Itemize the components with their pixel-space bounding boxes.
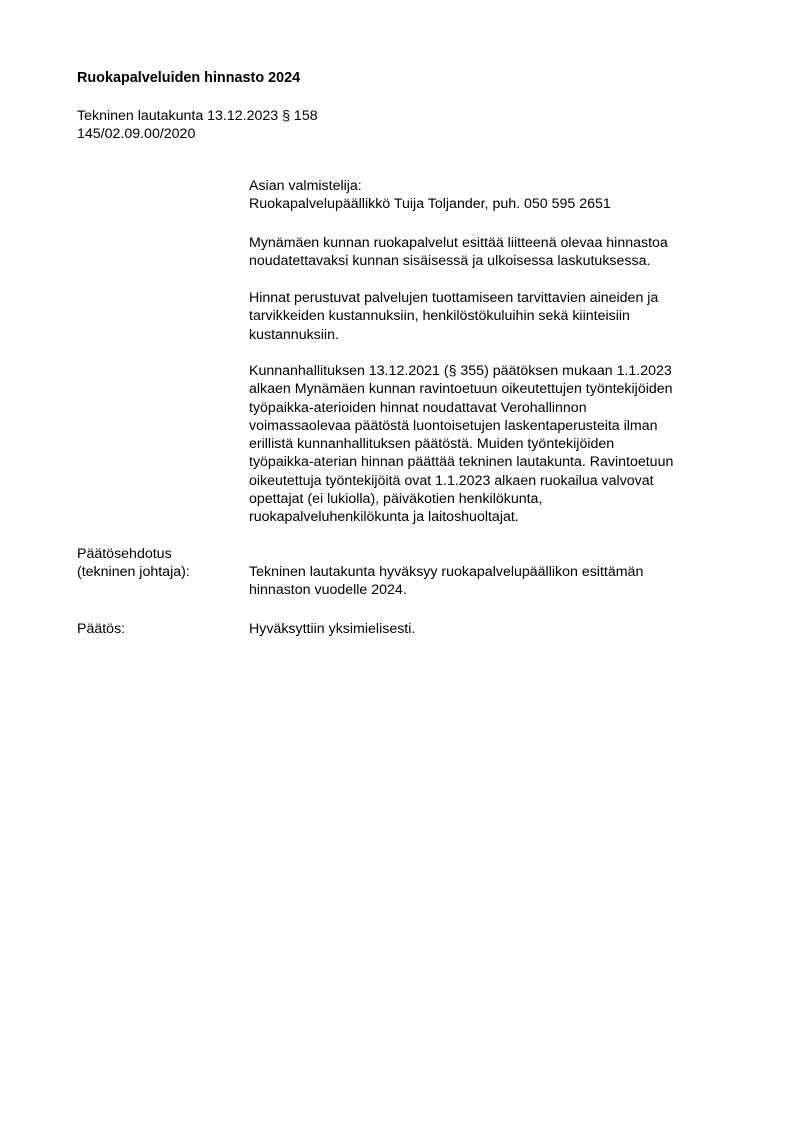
paragraph-line: työpaikka-aterian hinnan päättää teknine… <box>249 453 739 471</box>
paragraph-line: opettajat (ei lukiolla), päiväkotien hen… <box>249 490 739 508</box>
paragraph-line: erillistä kunnanhallituksen päätöstä. Mu… <box>249 435 739 453</box>
paragraph-line: noudatettavaksi kunnan sisäisessä ja ulk… <box>249 252 739 270</box>
paragraph-line: Hinnat perustuvat palvelujen tuottamisee… <box>249 289 739 307</box>
proposal-label-line2: (tekninen johtaja): <box>77 563 190 581</box>
preparer-block: Asian valmistelija: Ruokapalvelupäällikk… <box>249 177 739 214</box>
decision-label: Päätös: <box>77 620 125 638</box>
document-title: Ruokapalveluiden hinnasto 2024 <box>77 69 300 87</box>
paragraph-purpose: Mynämäen kunnan ruokapalvelut esittää li… <box>249 234 739 271</box>
proposal-text: Tekninen lautakunta hyväksyy ruokapalvel… <box>249 563 739 600</box>
decision-text: Hyväksyttiin yksimielisesti. <box>249 620 739 638</box>
paragraph-line: kustannuksiin. <box>249 326 739 344</box>
preparer-name: Ruokapalvelupäällikkö Tuija Toljander, p… <box>249 195 739 213</box>
document-page: Ruokapalveluiden hinnasto 2024 Tekninen … <box>0 0 794 1122</box>
record-number: 145/02.09.00/2020 <box>77 125 195 143</box>
proposal-label: Päätösehdotus (tekninen johtaja): <box>77 545 190 582</box>
meeting-reference: Tekninen lautakunta 13.12.2023 § 158 <box>77 107 318 125</box>
paragraph-line: työpaikka-aterioiden hinnat noudattavat … <box>249 399 739 417</box>
paragraph-line: ruokapalveluhenkilökunta ja laitoshuolta… <box>249 508 739 526</box>
paragraph-line: alkaen Mynämäen kunnan ravintoetuun oike… <box>249 380 739 398</box>
paragraph-line: voimassaolevaa päätöstä luontoisetujen l… <box>249 417 739 435</box>
paragraph-line: oikeutettuja työntekijöitä ovat 1.1.2023… <box>249 472 739 490</box>
proposal-label-line1: Päätösehdotus <box>77 545 190 563</box>
proposal-line: Tekninen lautakunta hyväksyy ruokapalvel… <box>249 563 739 581</box>
proposal-line: hinnaston vuodelle 2024. <box>249 581 739 599</box>
paragraph-line: Mynämäen kunnan ruokapalvelut esittää li… <box>249 234 739 252</box>
paragraph-pricing-basis: Hinnat perustuvat palvelujen tuottamisee… <box>249 289 739 344</box>
preparer-label: Asian valmistelija: <box>249 177 739 195</box>
paragraph-council-decision: Kunnanhallituksen 13.12.2021 (§ 355) pää… <box>249 362 739 527</box>
paragraph-line: Kunnanhallituksen 13.12.2021 (§ 355) pää… <box>249 362 739 380</box>
paragraph-line: tarvikkeiden kustannuksiin, henkilöstöku… <box>249 307 739 325</box>
